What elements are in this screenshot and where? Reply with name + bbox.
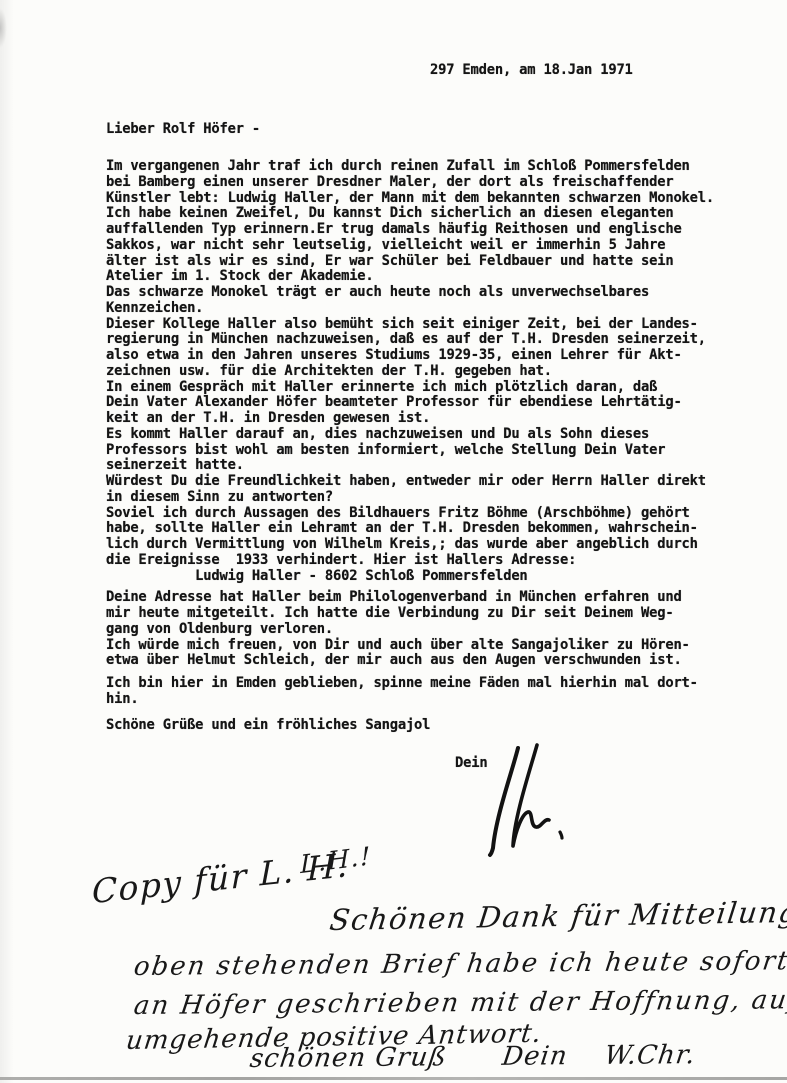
typed-line: Das schwarze Monokel trägt er auch heute… [106, 285, 766, 301]
letter-body: Im vergangenen Jahr traf ich durch reine… [106, 159, 766, 733]
typed-line: also etwa in den Jahren unseres Studiums… [106, 348, 766, 364]
signature-scrawl: Chr. [480, 742, 576, 858]
paragraph: Deine Adresse hat Haller beim Philologen… [106, 590, 766, 669]
typed-line: habe, sollte Haller ein Lehramt an der T… [106, 521, 766, 537]
typed-line: In einem Gespräch mit Haller erinnerte i… [106, 380, 766, 396]
scanned-letter-page: 297 Emden, am 18.Jan 1971 Lieber Rolf Hö… [0, 0, 787, 1083]
typed-line: Ich würde mich freuen, von Dir und auch … [106, 638, 766, 654]
typed-line: etwa über Helmut Schleich, der mir auch … [106, 653, 766, 669]
typed-line: in diesem Sinn zu antworten? [106, 490, 766, 506]
typed-line: die Ereignisse 1933 verhindert. Hier ist… [106, 553, 766, 569]
paragraph: Ich bin hier in Emden geblieben, spinne … [106, 676, 766, 708]
typed-line: Würdest Du die Freundlichkeit haben, ent… [106, 474, 766, 490]
typed-line: Ich bin hier in Emden geblieben, spinne … [106, 676, 766, 692]
typed-line: gang von Oldenburg verloren. [106, 622, 766, 638]
typed-line: Soviel ich durch Aussagen des Bildhauers… [106, 506, 766, 522]
typed-line: Atelier im 1. Stock der Akademie. [106, 269, 766, 285]
typed-line: mir heute mitgeteilt. Ich hatte die Verb… [106, 606, 766, 622]
signature-ink [480, 742, 576, 858]
typed-line: seinerzeit hatte. [106, 458, 766, 474]
typed-line: Deine Adresse hat Haller beim Philologen… [106, 590, 766, 606]
handwritten-line: oben stehenden Brief habe ich heute sofo… [132, 946, 787, 982]
signature-transcription: Chr. [480, 858, 481, 859]
handwritten-line: an Höfer geschrieben mit der Hoffnung, a… [132, 985, 787, 1021]
salutation: Lieber Rolf Höfer - [106, 121, 260, 137]
typed-line: Schöne Grüße und ein fröhliches Sangajol [106, 718, 766, 734]
typed-line: auffallenden Typ erinnern.Er trug damals… [106, 222, 766, 238]
scan-edge-line [0, 1077, 787, 1080]
handwritten-line: schönen Gruß Dein W.Chr. [248, 1040, 698, 1074]
typed-line: Ludwig Haller - 8602 Schloß Pommersfelde… [106, 569, 766, 585]
typed-line: lich durch Vermittlung von Wilhelm Kreis… [106, 537, 766, 553]
typed-line: regierung in München nachzuweisen, daß e… [106, 332, 766, 348]
paragraph: Im vergangenen Jahr traf ich durch reine… [106, 159, 766, 584]
typed-line: Im vergangenen Jahr traf ich durch reine… [106, 159, 766, 175]
typed-line: Sakkos, war nicht sehr leutselig, vielle… [106, 238, 766, 254]
typed-line: zeichnen usw. für die Architekten der T.… [106, 364, 766, 380]
typed-line: Es kommt Haller darauf an, dies nachzuwe… [106, 427, 766, 443]
typed-line: älter ist als wir es sind, Er war Schüle… [106, 254, 766, 270]
scan-vignette [0, 0, 14, 1083]
date-line: 297 Emden, am 18.Jan 1971 [430, 62, 633, 78]
typed-line: Professors bist wohl am besten informier… [106, 443, 766, 459]
handwritten-initials-note: L.H.! [300, 841, 372, 879]
typed-line: Dein Vater Alexander Höfer beamteter Pro… [106, 395, 766, 411]
typed-line: hin. [106, 692, 766, 708]
typed-line: Ich habe keinen Zweifel, Du kannst Dich … [106, 206, 766, 222]
typed-line: Künstler lebt: Ludwig Haller, der Mann m… [106, 191, 766, 207]
typed-line: bei Bamberg einen unserer Dresdner Maler… [106, 175, 766, 191]
typed-line: Kennzeichen. [106, 301, 766, 317]
typed-line: Dieser Kollege Haller also bemüht sich s… [106, 317, 766, 333]
typed-line: keit an der T.H. in Dresden gewesen ist. [106, 411, 766, 427]
closing-line: Schöne Grüße und ein fröhliches Sangajol [106, 718, 766, 734]
handwritten-line: Schönen Dank für Mitteilung. [328, 895, 787, 937]
